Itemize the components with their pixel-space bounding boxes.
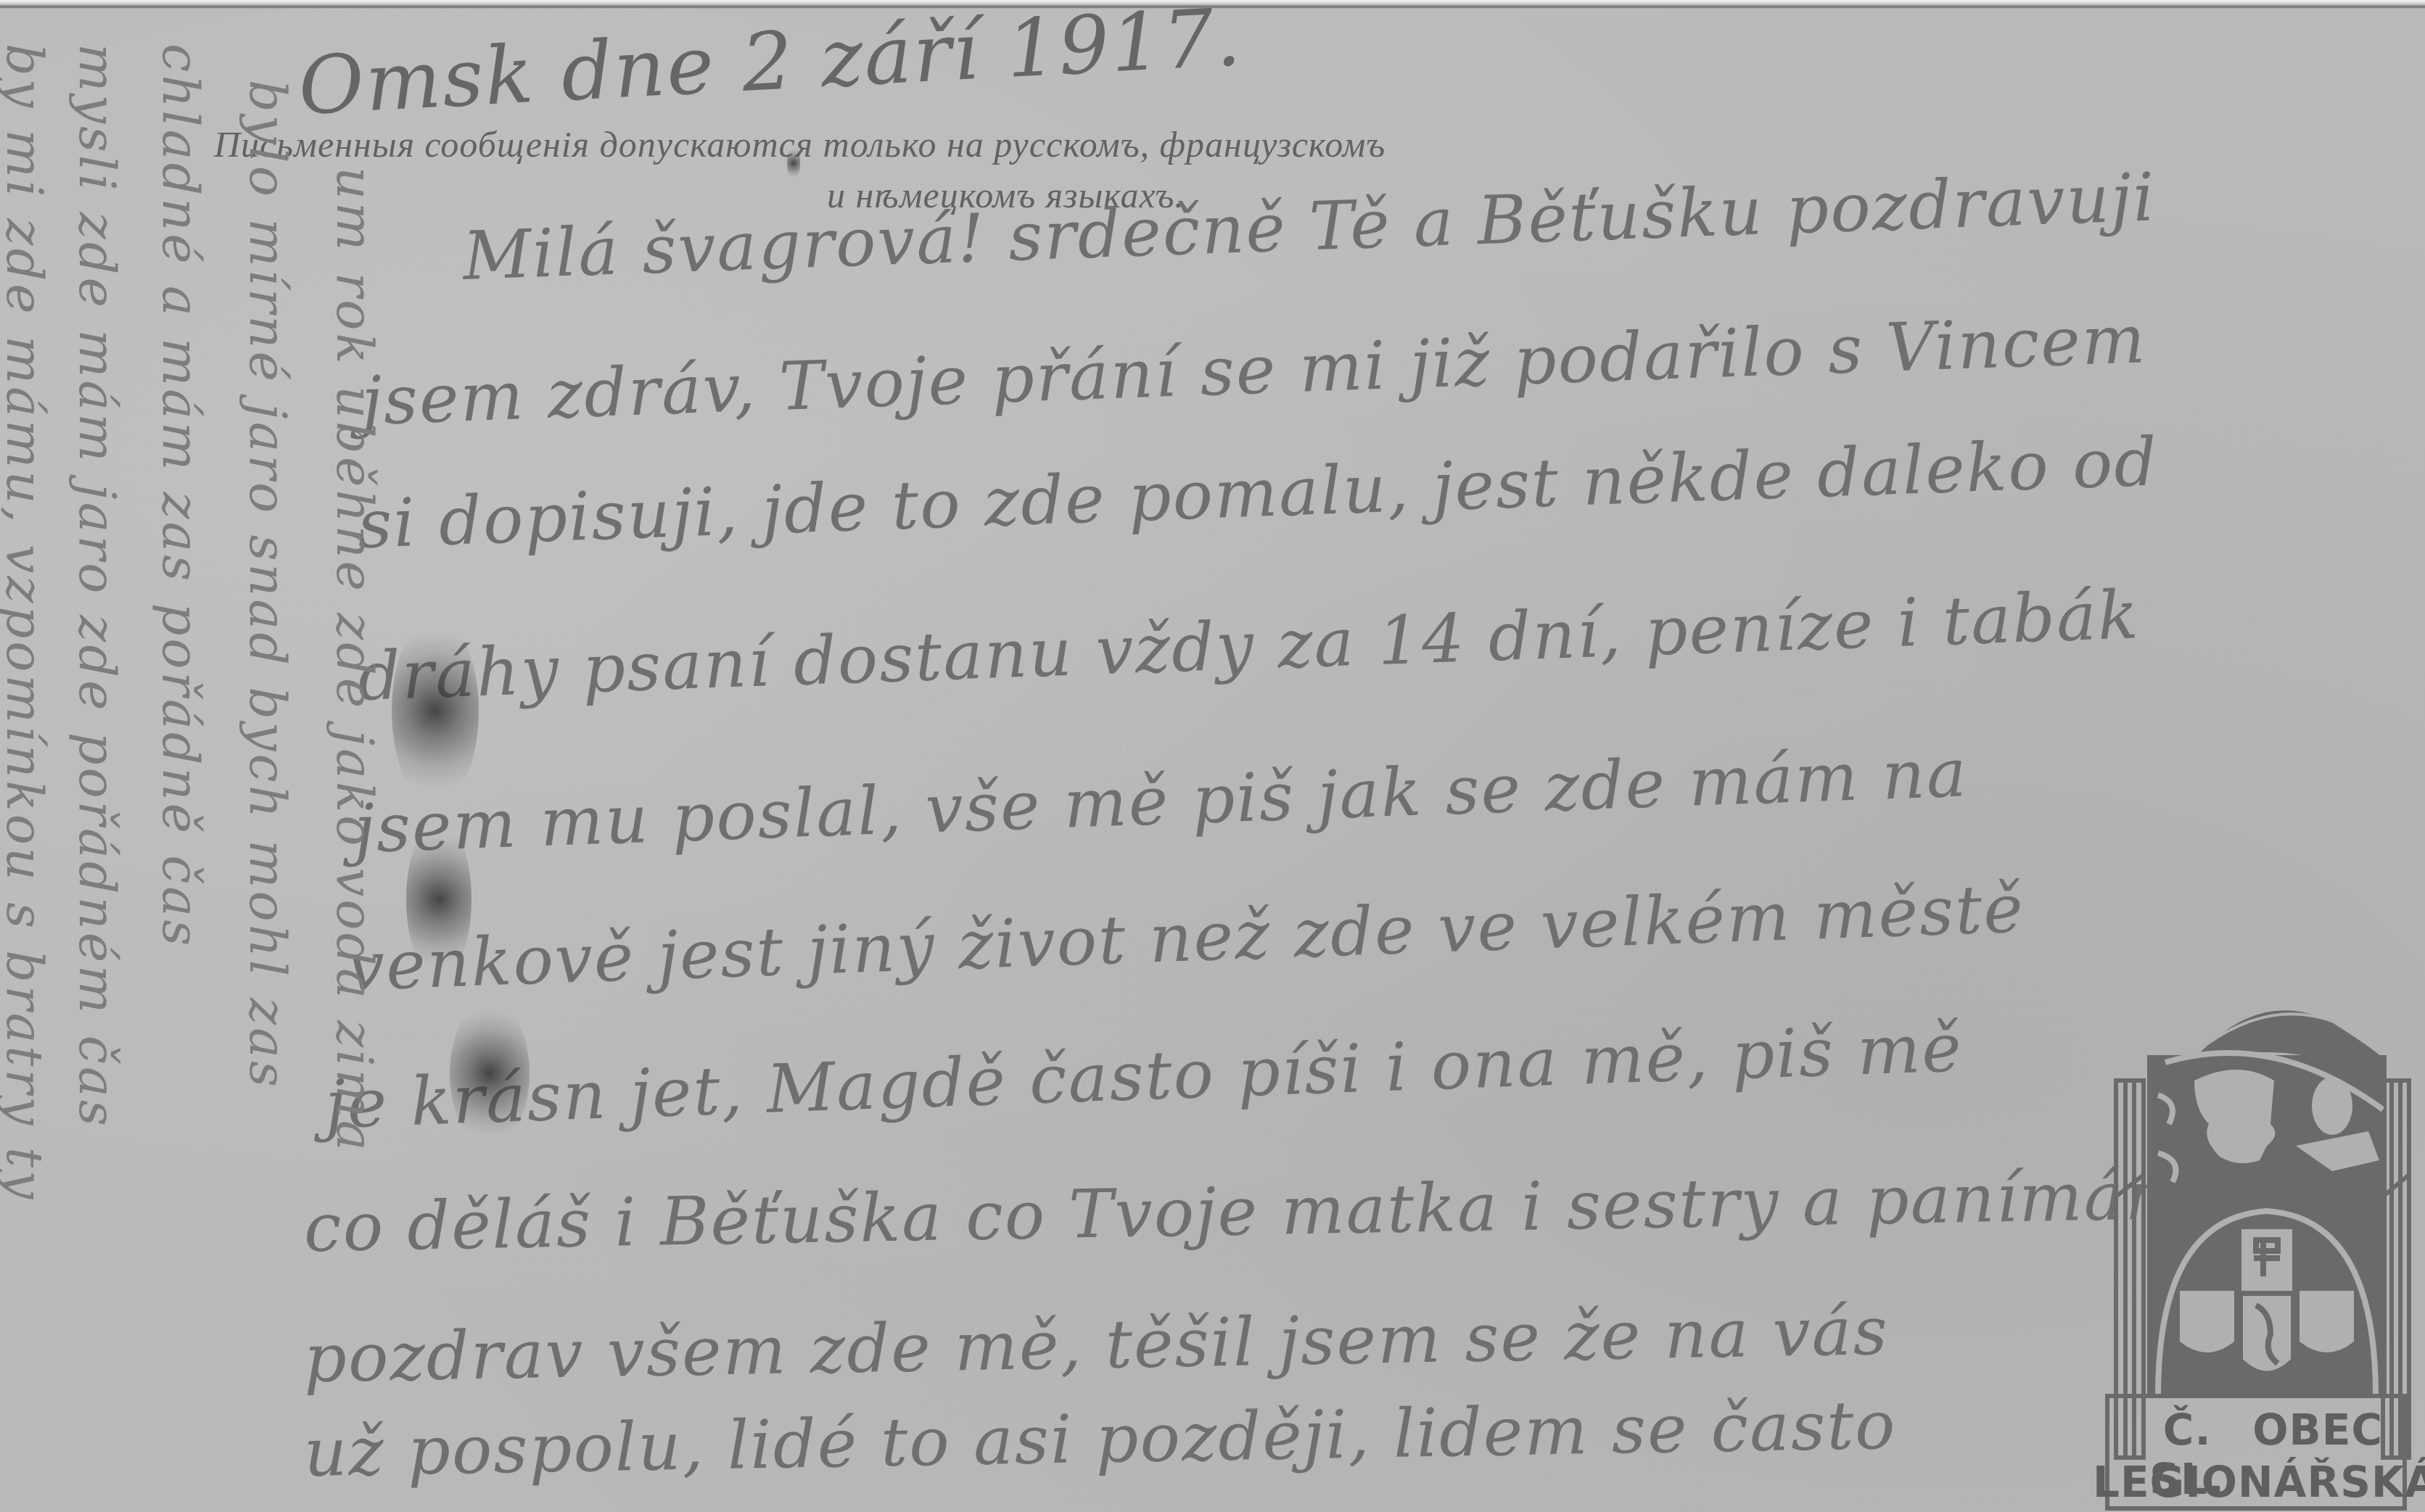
body-line-5: jsem mu poslal, vše mě piš jak se zde má… (353, 734, 1969, 868)
ink-dot (787, 145, 800, 181)
ink-smudge (450, 1001, 530, 1146)
margin-line-5: by mi zde mámu, vzpomínkou s bratry ty (0, 44, 54, 1202)
postcard: Omsk dne 2 září 1917. Письменныя сообщен… (0, 0, 2425, 1512)
body-line-9: pozdrav všem zde mě, těšil jsem se že na… (303, 1292, 1889, 1397)
body-line-7: je krásn jet, Magdě často píši i ona mě,… (324, 1009, 1964, 1144)
body-line-10: už pospolu, lidé to asi později, lidem s… (303, 1387, 1897, 1492)
margin-line-1: um rok uběhne zde jako voda zima (325, 167, 384, 1154)
body-line-6: venkově jest jiný život než zde ve velké… (345, 869, 2025, 1006)
body-line-4: dráhy psaní dostanu vždy za 14 dní, pení… (356, 576, 2141, 716)
margin-line-3: chladné a mám zas pořádně čas (151, 44, 210, 949)
ink-smudge (392, 616, 479, 805)
body-line-3: si dopisuji, jde to zde pomalu, jest něk… (356, 423, 2160, 563)
legionarska-obec-watermark: Č. SL. OBEC LEGIONÁŘSKÁ (2093, 979, 2412, 1512)
margin-line-2: bylo mírné jaro snad bych mohl zas (238, 80, 297, 1090)
watermark-line-2: LEGIONÁŘSKÁ (2093, 1458, 2412, 1507)
body-line-8: co děláš i Běťuška co Tvoje matka i sest… (303, 1156, 2213, 1267)
body-line-2: jsem zdráv, Tvoje přání se mi již podaři… (360, 300, 2147, 440)
body-line-1: Milá švagrová! srdečně Tě a Běťušku pozd… (461, 159, 2157, 295)
margin-line-4: mysli zde mám jaro zde pořádném čas (67, 44, 127, 1129)
ink-smudge (406, 819, 472, 979)
date-line: Omsk dne 2 září 1917. (296, 0, 1244, 133)
